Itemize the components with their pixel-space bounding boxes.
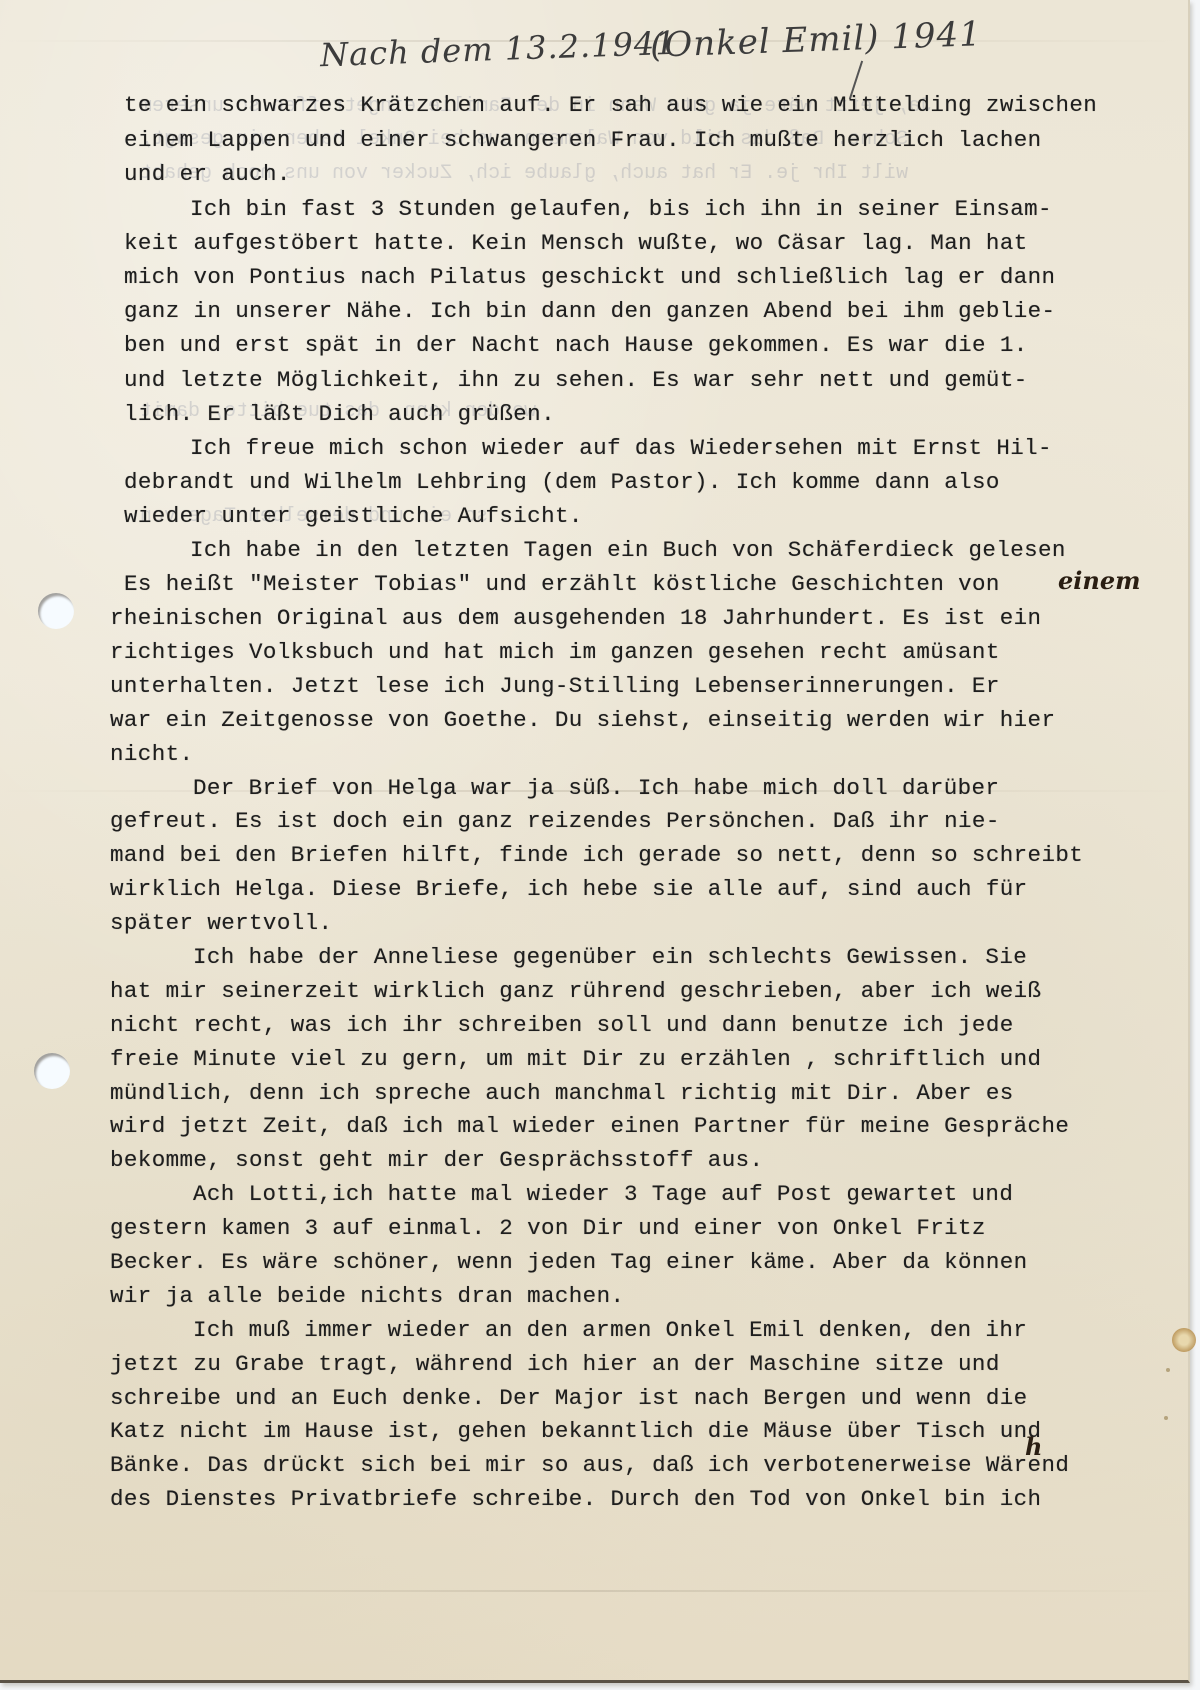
typed-line: Der Brief von Helga war ja süß. Ich habe…: [193, 775, 999, 801]
typed-line: wird jetzt Zeit, daß ich mal wieder eine…: [110, 1113, 1069, 1139]
typed-line: nicht recht, was ich ihr schreiben soll …: [110, 1012, 1014, 1038]
typed-line: Bänke. Das drückt sich bei mir so aus, d…: [110, 1452, 1069, 1478]
punch-hole-lower: [34, 1053, 70, 1089]
typed-line: lich. Er läßt Dich auch grüßen.: [124, 401, 555, 427]
typed-line: richtiges Volksbuch und hat mich im ganz…: [110, 639, 1000, 665]
typed-line: jetzt zu Grabe tragt, während ich hier a…: [110, 1351, 1000, 1377]
letter-page: Ja, jetzt wäre ja gute Wenn in der Famil…: [0, 0, 1190, 1683]
paper-speck: [1164, 1416, 1168, 1420]
pen-insertion: h: [1025, 1432, 1042, 1461]
typed-line: war ein Zeitgenosse von Goethe. Du siehs…: [110, 707, 1055, 733]
typed-line: des Dienstes Privatbriefe schreibe. Durc…: [110, 1486, 1041, 1512]
typed-line: keit aufgestöbert hatte. Kein Mensch wuß…: [124, 230, 1028, 256]
typed-line: freie Minute viel zu gern, um mit Dir zu…: [110, 1046, 1041, 1072]
typed-line: gefreut. Es ist doch ein ganz reizendes …: [110, 808, 1000, 834]
pen-insertion: einem: [1058, 566, 1141, 595]
pencil-note-date: Nach dem 13.2.1941: [319, 24, 677, 74]
typed-line: Ich muß immer wieder an den armen Onkel …: [193, 1317, 1027, 1343]
typed-line: mich von Pontius nach Pilatus geschickt …: [124, 264, 1055, 290]
typed-line: nicht.: [110, 741, 193, 767]
typed-line: wir ja alle beide nichts dran machen.: [110, 1283, 624, 1309]
typed-line: rheinischen Original aus dem ausgehenden…: [110, 605, 1041, 631]
typed-line: debrandt und Wilhelm Lehbring (dem Pasto…: [124, 469, 1000, 495]
paper-crease: [0, 1590, 1188, 1592]
punch-hole-upper: [38, 593, 74, 629]
typed-line: Becker. Es wäre schöner, wenn jeden Tag …: [110, 1249, 1028, 1275]
typed-line: Ich habe in den letzten Tagen ein Buch v…: [190, 537, 1066, 563]
typed-line: ganz in unserer Nähe. Ich bin dann den g…: [124, 298, 1055, 324]
typed-line: und er auch.: [124, 161, 291, 187]
typed-line: Ach Lotti,ich hatte mal wieder 3 Tage au…: [193, 1181, 1013, 1207]
typed-line: und letzte Möglichkeit, ihn zu sehen. Es…: [124, 367, 1028, 393]
typed-line: Es heißt "Meister Tobias" und erzählt kö…: [124, 571, 1000, 597]
typed-line: einem Lappen und einer schwangeren Frau.…: [124, 127, 1042, 153]
typed-line: wirklich Helga. Diese Briefe, ich hebe s…: [110, 876, 1028, 902]
typed-line: unterhalten. Jetzt lese ich Jung-Stillin…: [110, 673, 1000, 699]
typed-line: ben und erst spät in der Nacht nach Haus…: [124, 332, 1028, 358]
rust-stain: [1172, 1328, 1196, 1352]
typed-line: mand bei den Briefen hilft, finde ich ge…: [110, 842, 1083, 868]
typed-line: mündlich, denn ich spreche auch manchmal…: [110, 1080, 1014, 1106]
paper-speck: [1166, 1368, 1170, 1372]
typed-line: Ich freue mich schon wieder auf das Wied…: [190, 435, 1052, 461]
pencil-note-subject: (Onkel Emil) 1941: [649, 14, 982, 66]
typed-line: hat mir seinerzeit wirklich ganz rührend…: [110, 978, 1041, 1004]
typed-line: gestern kamen 3 auf einmal. 2 von Dir un…: [110, 1215, 986, 1241]
typed-line: später wertvoll.: [110, 910, 332, 936]
typed-line: te ein schwarzes Krätzchen auf. Er sah a…: [124, 92, 1097, 118]
typed-line: Ich bin fast 3 Stunden gelaufen, bis ich…: [190, 196, 1052, 222]
typed-line: wieder unter geistliche Aufsicht.: [124, 503, 583, 529]
typed-line: Ich habe der Anneliese gegenüber ein sch…: [193, 944, 1027, 970]
typed-line: schreibe und an Euch denke. Der Major is…: [110, 1385, 1028, 1411]
typed-line: bekomme, sonst geht mir der Gesprächssto…: [110, 1147, 763, 1173]
typed-line: Katz nicht im Hause ist, gehen bekanntli…: [110, 1418, 1041, 1444]
